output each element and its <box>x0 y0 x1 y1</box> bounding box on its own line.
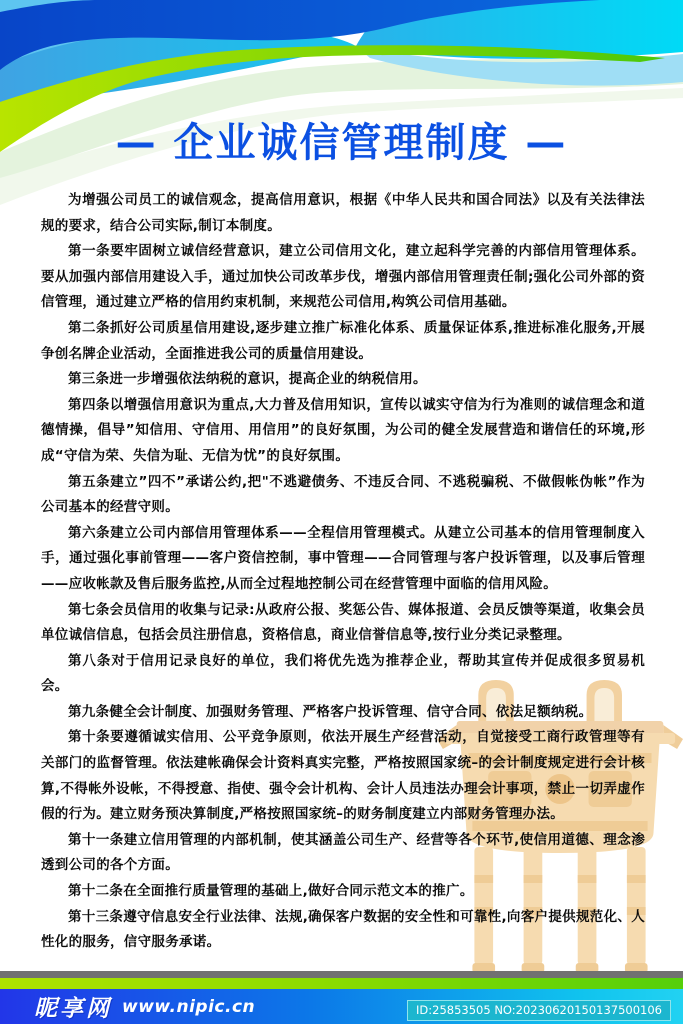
regulation-body: 为增强公司员工的诚信观念，提高信用意识，根据《中华人民共和国合同法》以及有关法律… <box>41 188 645 956</box>
body-paragraph: 第四条以增强信用意识为重点,大力普及信用知识，宣传以诚实守信为行为准则的诚信理念… <box>41 393 645 470</box>
body-paragraph: 为增强公司员工的诚信观念，提高信用意识，根据《中华人民共和国合同法》以及有关法律… <box>41 188 645 239</box>
body-paragraph: 第七条会员信用的收集与记录:从政府公报、奖惩公告、媒体报道、会员反馈等渠道，收集… <box>41 598 645 649</box>
body-paragraph: 第二条抓好公司质星信用建设,逐步建立推广标准化体系、质量保证体系,推进标准化服务… <box>41 316 645 367</box>
body-paragraph: 第三条进一步增强依法纳税的意识，提高企业的纳税信用。 <box>41 367 645 393</box>
body-paragraph: 第六条建立公司内部信用管理体系——全程信用管理模式。从建立公司基本的信用管理制度… <box>41 521 645 598</box>
body-paragraph: 第五条建立”四不”承诺公约,把"不逃避债务、不违反合同、不逃税骗税、不做假帐伪帐… <box>41 470 645 521</box>
body-paragraph: 第十二条在全面推行质量管理的基础上,做好合同示范文本的推广。 <box>41 879 645 905</box>
poster-page: — 企业诚信管理制度 — <box>0 0 683 1024</box>
body-paragraph: 第一条要牢固树立诚信经营意识，建立公司信用文化，建立起科学完善的内部信用管理体系… <box>41 239 645 316</box>
nipic-logo: 昵享网 <box>34 990 112 1023</box>
header-wave-decoration <box>0 0 683 215</box>
body-paragraph: 第十三条遵守信息安全行业法律、法规,确保客户数据的安全性和可靠性,向客户提供规范… <box>41 905 645 956</box>
body-paragraph: 第九条健全会计制度、加强财务管理、严格客户投诉管理、信守合同、依法足额纳税。 <box>41 700 645 726</box>
body-paragraph: 第八条对于信用记录良好的单位，我们将优先选为推荐企业，帮助其宣传并促成很多贸易机… <box>41 649 645 700</box>
body-paragraph: 第十条要遵循诚实信用、公平竞争原则，依法开展生产经营活动，自觉接受工商行政管理等… <box>41 725 645 827</box>
image-id-badge: ID:25853505 NO:20230620150137500106 <box>407 1000 671 1021</box>
footer-green-bar <box>0 978 683 989</box>
site-url-link[interactable]: www.nipic.cn <box>122 997 255 1017</box>
footer-bar: 昵享网 www.nipic.cn ID:25853505 NO:20230620… <box>0 989 683 1024</box>
body-paragraph: 第十一条建立信用管理的内部机制，使其涵盖公司生产、经营等各个环节,使信用道德、理… <box>41 828 645 879</box>
footer-divider <box>0 971 683 978</box>
page-title: — 企业诚信管理制度 — <box>0 111 683 168</box>
